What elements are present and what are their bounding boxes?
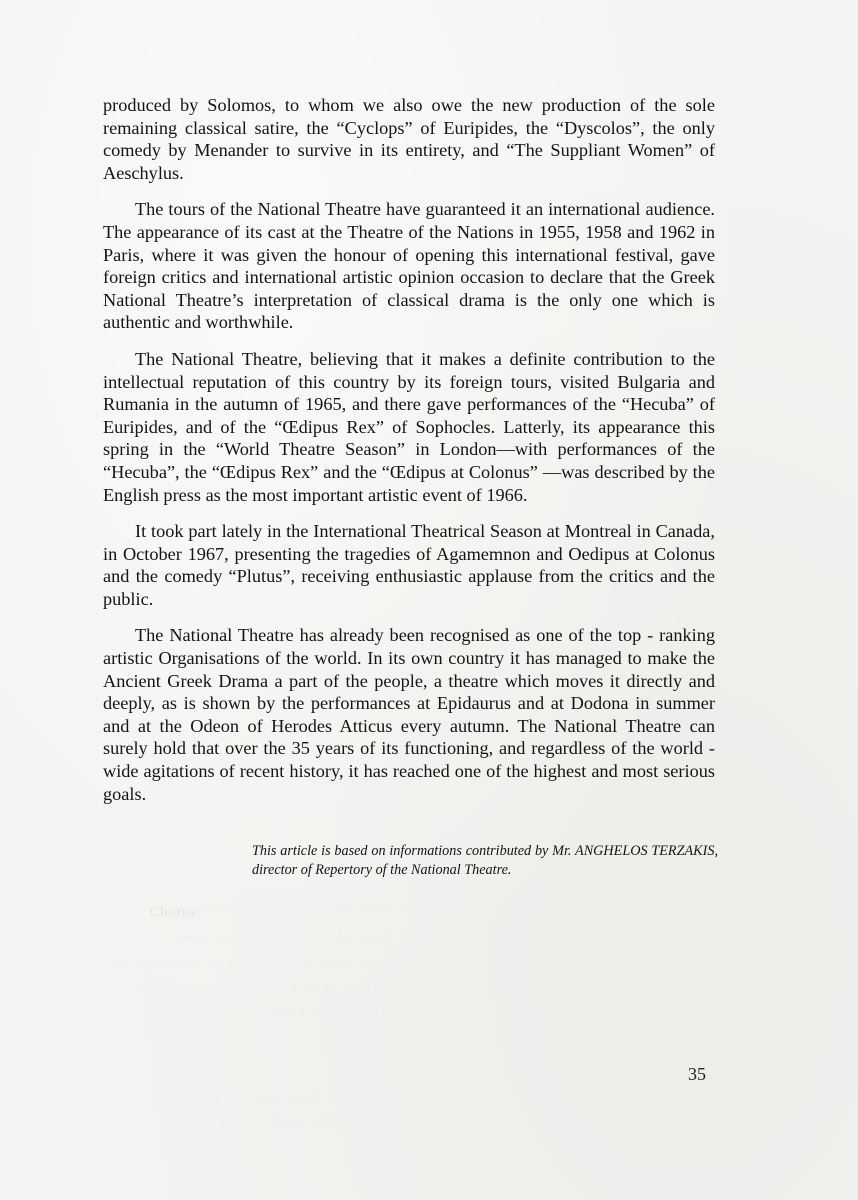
paragraph: The tours of the National Theatre have g… [103, 198, 715, 334]
show-through-text: · · · · · · · · · · · · · · · · · · · [215, 1090, 404, 1106]
article-credit: This article is based on informations co… [252, 842, 718, 879]
paragraph: The National Theatre, believing that it … [103, 348, 715, 506]
article-body: produced by Solomos, to whom we also owe… [103, 94, 715, 819]
show-through-text: · · · · · · · · · · · · · · · · · · · · … [140, 980, 410, 996]
page-number: 35 [688, 1064, 706, 1085]
paragraph: produced by Solomos, to whom we also owe… [103, 94, 715, 184]
show-through-text: · · · · · · · · · · · · · · · · · · [220, 1114, 398, 1130]
show-through-text: Chorus: · · · · · · · · · · · · · · · · … [150, 905, 435, 921]
show-through-text: · · · · · · · · · · · · · · · · · · · · … [175, 930, 425, 946]
paragraph: It took part lately in the International… [103, 520, 715, 610]
paragraph: The National Theatre has already been re… [103, 624, 715, 805]
show-through-text: · · · · · · · · · · · · · · · · · · · · … [115, 955, 405, 971]
show-through-text: · · · · · · · · · · · · · · · [270, 1005, 418, 1021]
scanned-page: Chorus: · · · · · · · · · · · · · · · · … [0, 0, 858, 1200]
